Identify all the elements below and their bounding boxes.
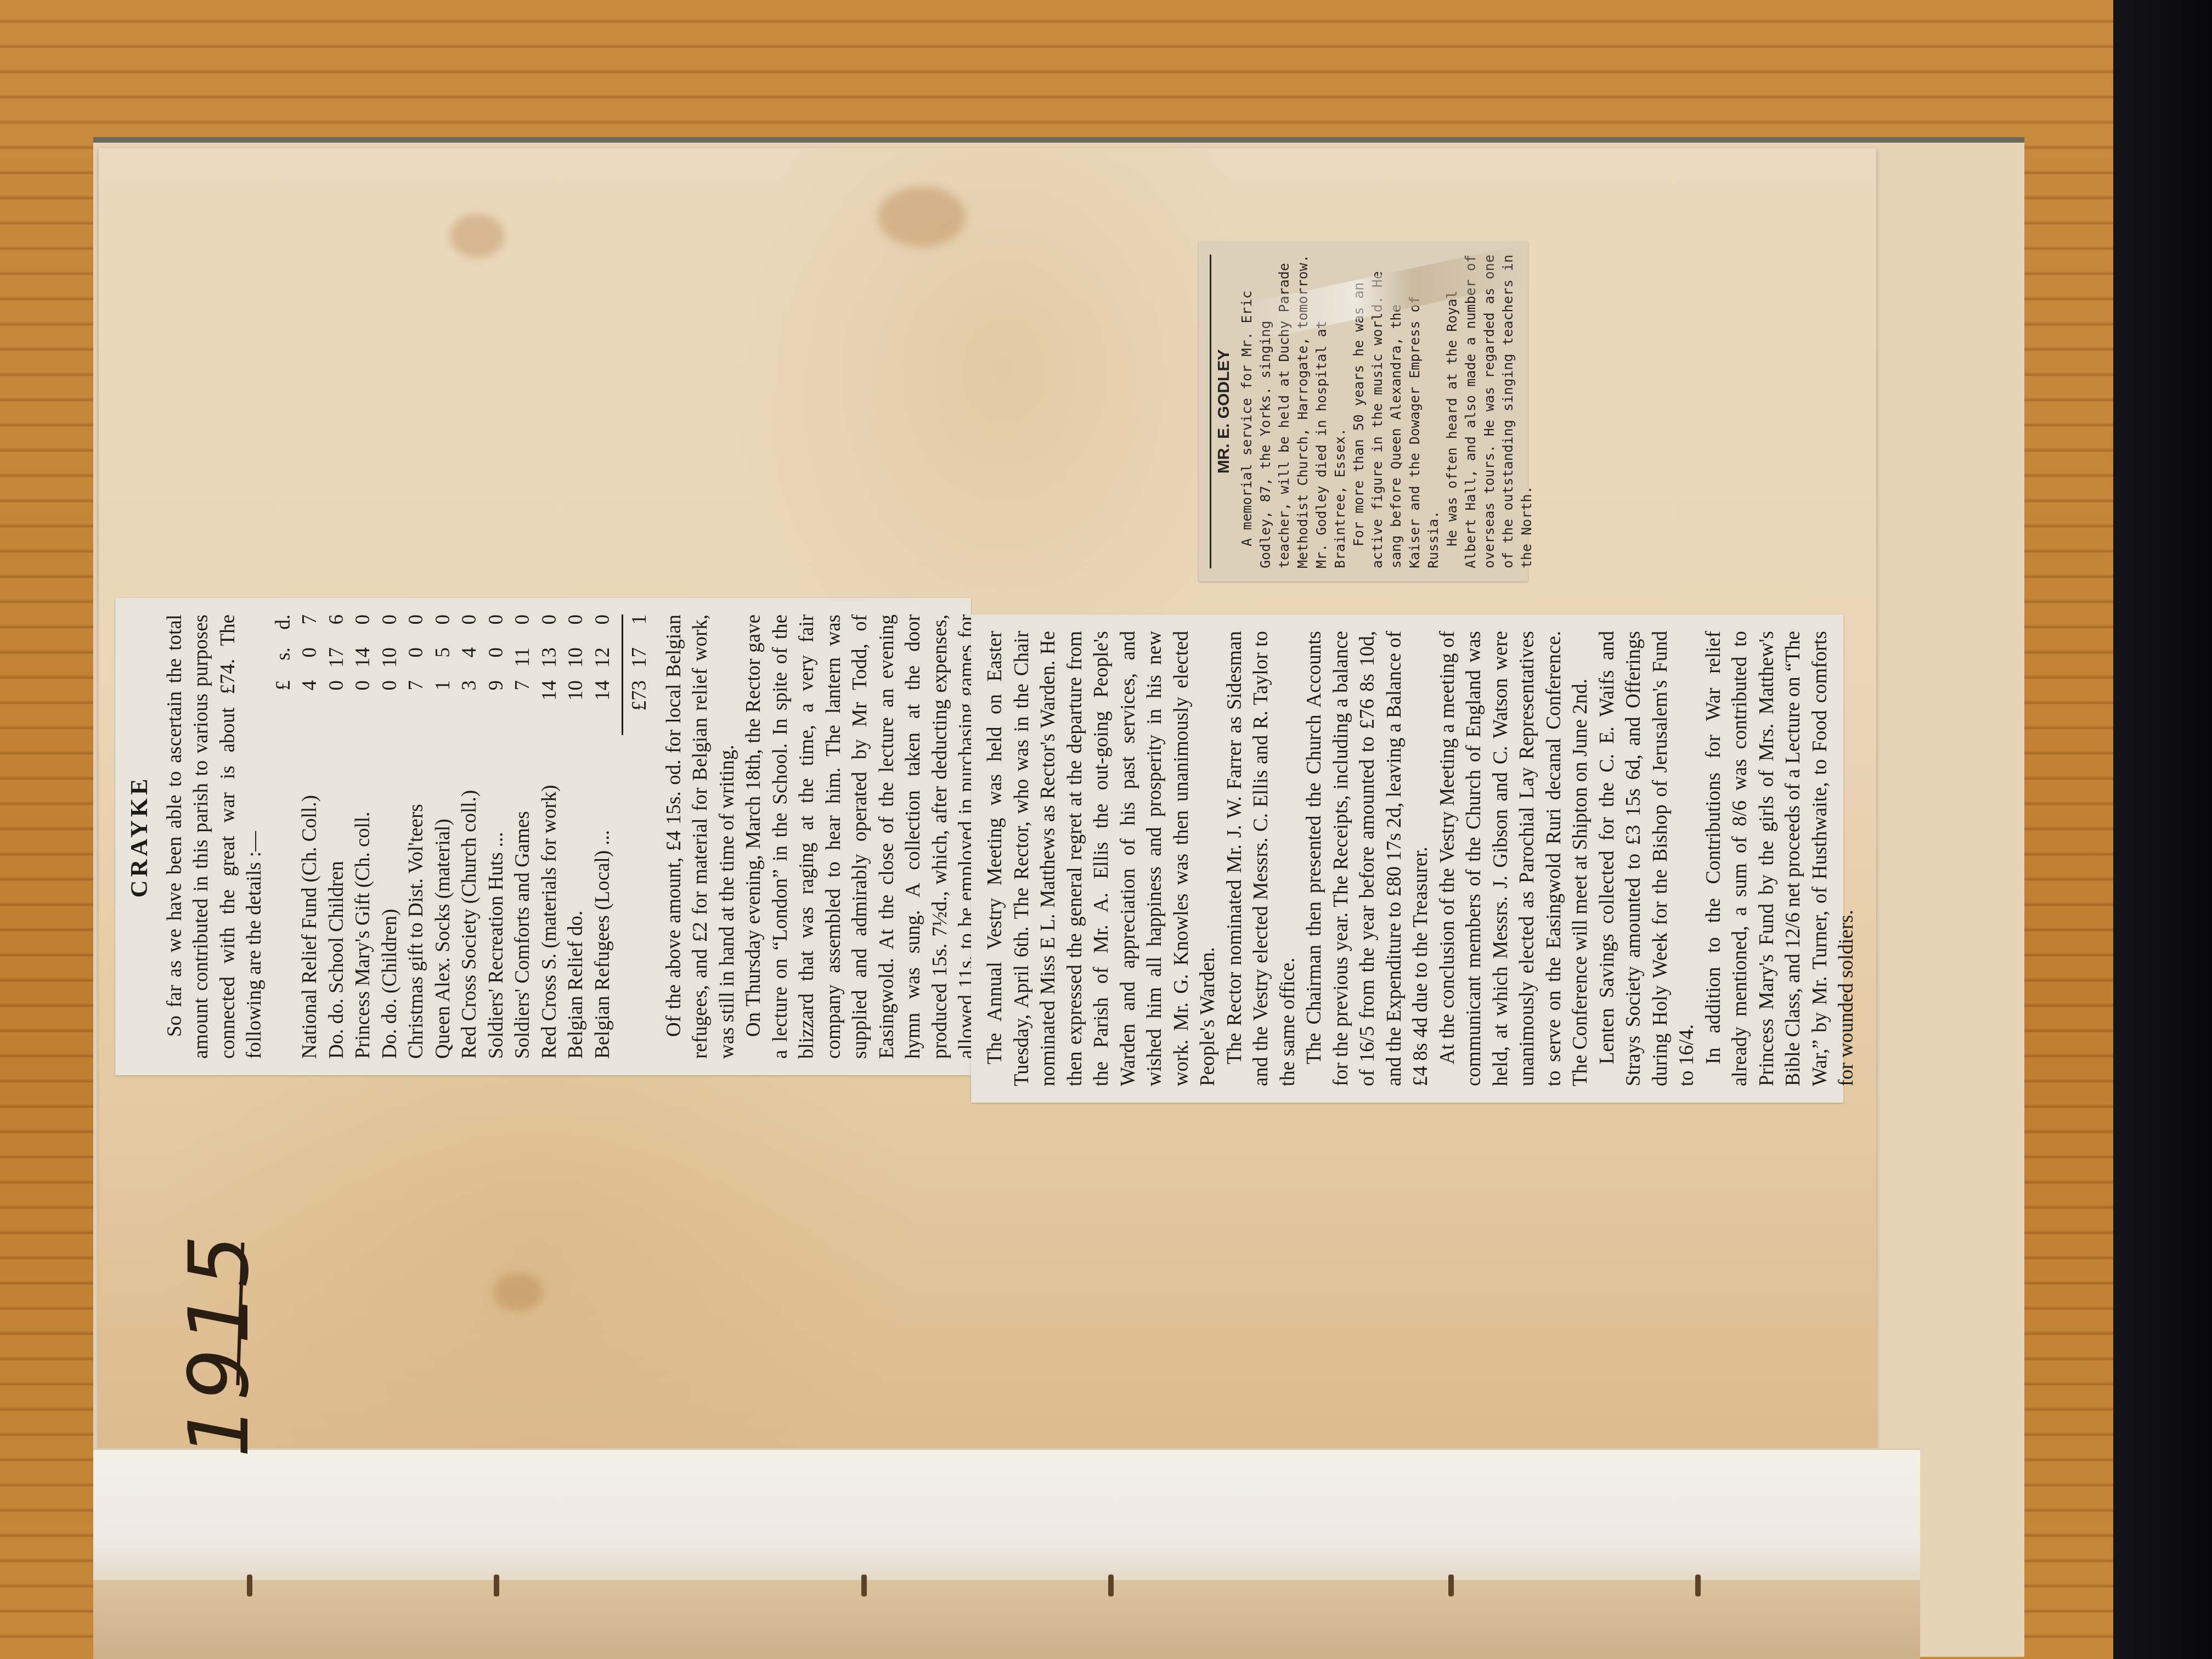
ledger-row: National Relief Fund (Ch. Coll.)407 <box>297 614 324 1059</box>
paper-stain <box>450 214 505 258</box>
article-paragraph: At the conclusion of the Vestry Meeting … <box>1435 631 1594 1086</box>
binding-hole <box>494 1575 499 1596</box>
binding-hole <box>247 1575 252 1596</box>
handwritten-year: 1915 <box>165 1234 274 1454</box>
obituary-heading: MR. E. GODLEY <box>1215 255 1233 568</box>
ledger-row: Do. do. (Children)0100 <box>377 614 404 1059</box>
article-paragraph: The Chairman then presented the Church A… <box>1301 631 1435 1086</box>
ledger-row: Christmas gift to Dist. Vol'teers700 <box>403 614 430 1059</box>
crayke-column: CRAYKE So far as we have been able to as… <box>115 598 1018 1075</box>
obituary-top-rule <box>1210 255 1211 568</box>
ledger-row: Soldiers' Recreation Huts ...900 <box>483 614 510 1059</box>
album-binding-strip <box>93 1448 1920 1585</box>
binding-hole <box>861 1575 867 1596</box>
album-lower-board <box>93 1580 1920 1659</box>
article-paragraph: Of the above amount, £4 15s. od. for loc… <box>661 614 741 1059</box>
ledger-row: Belgian Relief do.10100 <box>563 614 590 1059</box>
binding-hole <box>1448 1575 1454 1596</box>
article-paragraph: On Thursday evening, March 18th, the Rec… <box>741 614 1007 1059</box>
article-paragraph: The Annual Vestry Meeting was held on Ea… <box>982 631 1222 1086</box>
intro-paragraph: So far as we have been able to ascertain… <box>162 614 268 1059</box>
ledger-total: £73171 <box>627 614 653 1059</box>
obituary-paragraph: He was often heard at the Royal Albert H… <box>1443 255 1536 568</box>
ledger-row: Queen Alex. Socks (material)150 <box>430 614 457 1059</box>
ledger-row: Belgian Refugees (Local) ...14120 <box>590 614 617 1059</box>
obituary-clipping: MR. E. GODLEY A memorial service for Mr.… <box>1199 241 1528 582</box>
ledger-row: Red Cross S. (materials for work)14130 <box>537 614 563 1059</box>
ledger-row: Red Cross Society (Church coll.)340 <box>456 614 483 1059</box>
crayke-clipping-part1: CRAYKE So far as we have been able to as… <box>115 598 971 1075</box>
crayke-clipping-part2: The Annual Vestry Meeting was held on Ea… <box>971 614 1843 1103</box>
vestry-column: The Annual Vestry Meeting was held on Ea… <box>971 614 1871 1103</box>
ledger-row: Soldiers' Comforts and Games7110 <box>510 614 537 1059</box>
article-paragraph: In addition to the Contributions for War… <box>1701 631 1860 1086</box>
paper-stain <box>494 1273 543 1311</box>
ledger-row: Do. do. School Children0176 <box>324 614 351 1059</box>
total-rule <box>622 614 623 735</box>
dark-background <box>2113 0 2212 1659</box>
ledger-header: £s.d. <box>270 614 297 1059</box>
binding-hole <box>1108 1575 1114 1596</box>
article-heading: CRAYKE <box>126 614 153 1059</box>
binding-hole <box>1695 1575 1701 1596</box>
article-paragraph: The Rector nominated Mr. J. W. Farrer as… <box>1222 631 1302 1086</box>
article-paragraph: Lenten Savings collected for the C. E. W… <box>1594 631 1701 1086</box>
paper-stain <box>878 187 966 247</box>
ledger-row: Princess Mary's Gift (Ch. coll.0140 <box>350 614 377 1059</box>
